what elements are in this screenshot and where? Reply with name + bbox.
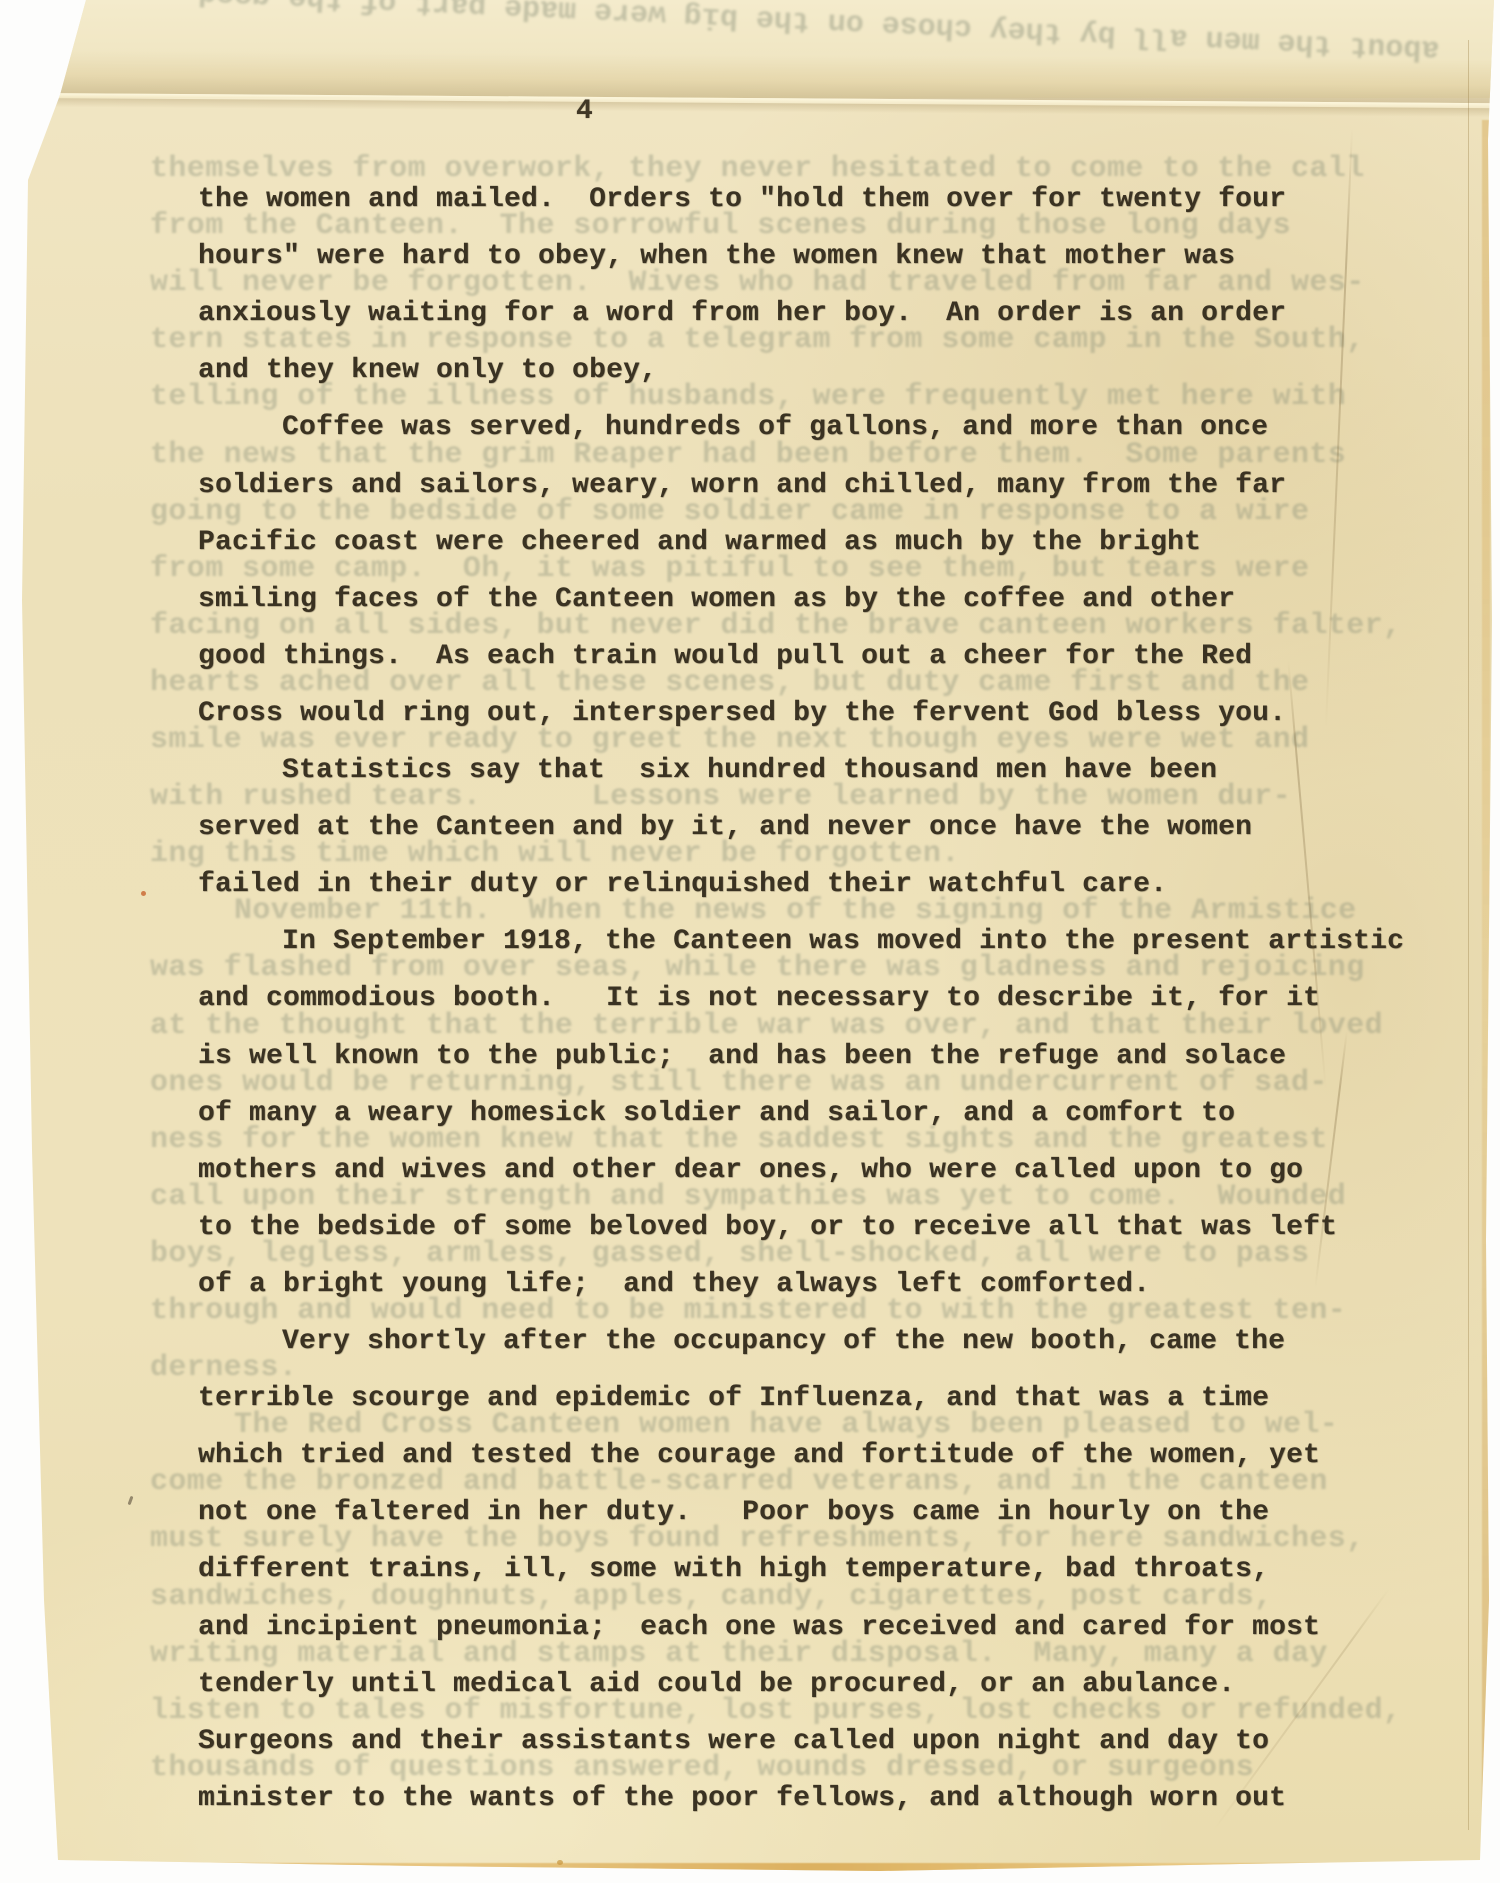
typed-line: Pacific coast were cheered and warmed as… (198, 527, 1201, 558)
page-number: 4 (576, 96, 593, 127)
typed-line: good things. As each train would pull ou… (198, 641, 1252, 672)
typed-line: mothers and wives and other dear ones, w… (198, 1155, 1303, 1186)
typed-line: Very shortly after the occupancy of the … (198, 1326, 1285, 1357)
right-worn-edge (1482, 120, 1490, 1856)
ghost-line: at the thought that the terrible war was… (150, 1009, 1383, 1043)
typed-line: minister to the wants of the poor fellow… (198, 1783, 1286, 1814)
typed-line: soldiers and sailors, weary, worn and ch… (198, 470, 1286, 501)
bottom-worn-edge (40, 1863, 1482, 1872)
typed-line: and commodious booth. It is not necessar… (198, 983, 1320, 1014)
typed-line: Surgeons and their assistants were calle… (198, 1726, 1269, 1757)
ghost-line: themselves from overwork, they never hes… (150, 152, 1365, 186)
typed-line: of a bright young life; and they always … (198, 1269, 1150, 1300)
typed-line: In September 1918, the Canteen was moved… (198, 926, 1404, 957)
typed-line: Statistics say that six hundred thousand… (198, 755, 1217, 786)
typed-line: of many a weary homesick soldier and sai… (198, 1098, 1235, 1129)
typed-line: anxiously waiting for a word from her bo… (198, 298, 1286, 329)
typed-line: terrible scourge and epidemic of Influen… (198, 1383, 1269, 1414)
typed-line: and they knew only to obey, (198, 355, 657, 386)
paper-sheet: about the men all by they chose on the b… (0, 0, 1500, 1876)
typed-line: hours" were hard to obey, when the women… (198, 241, 1235, 272)
ghost-line: sandwiches, doughnuts, apples, candy, ci… (150, 1580, 1273, 1614)
typed-line: the women and mailed. Orders to "hold th… (198, 184, 1286, 215)
ink-mark (128, 1496, 134, 1505)
typed-line: different trains, ill, some with high te… (198, 1554, 1269, 1585)
typed-line: failed in their duty or relinquished the… (198, 869, 1167, 900)
typed-line: smiling faces of the Canteen women as by… (198, 584, 1235, 615)
right-edge-line (1468, 40, 1469, 1830)
typed-line: tenderly until medical aid could be proc… (198, 1669, 1235, 1700)
paper-speck (141, 891, 146, 896)
typed-line: Coffee was served, hundreds of gallons, … (198, 412, 1268, 443)
scan-background: about the men all by they chose on the b… (0, 0, 1500, 1883)
typed-line: to the bedside of some beloved boy, or t… (198, 1212, 1337, 1243)
typed-line: served at the Canteen and by it, and nev… (198, 812, 1252, 843)
typed-line: not one faltered in her duty. Poor boys … (198, 1497, 1269, 1528)
paper-speck (557, 1860, 563, 1865)
typed-line: and incipient pneumonia; each one was re… (198, 1612, 1320, 1643)
typed-line: which tried and tested the courage and f… (198, 1440, 1320, 1471)
ghost-line: the news that the grim Reaper had been b… (150, 438, 1346, 472)
typed-line: Cross would ring out, interspersed by th… (198, 698, 1286, 729)
typed-line: is well known to the public; and has bee… (198, 1041, 1286, 1072)
